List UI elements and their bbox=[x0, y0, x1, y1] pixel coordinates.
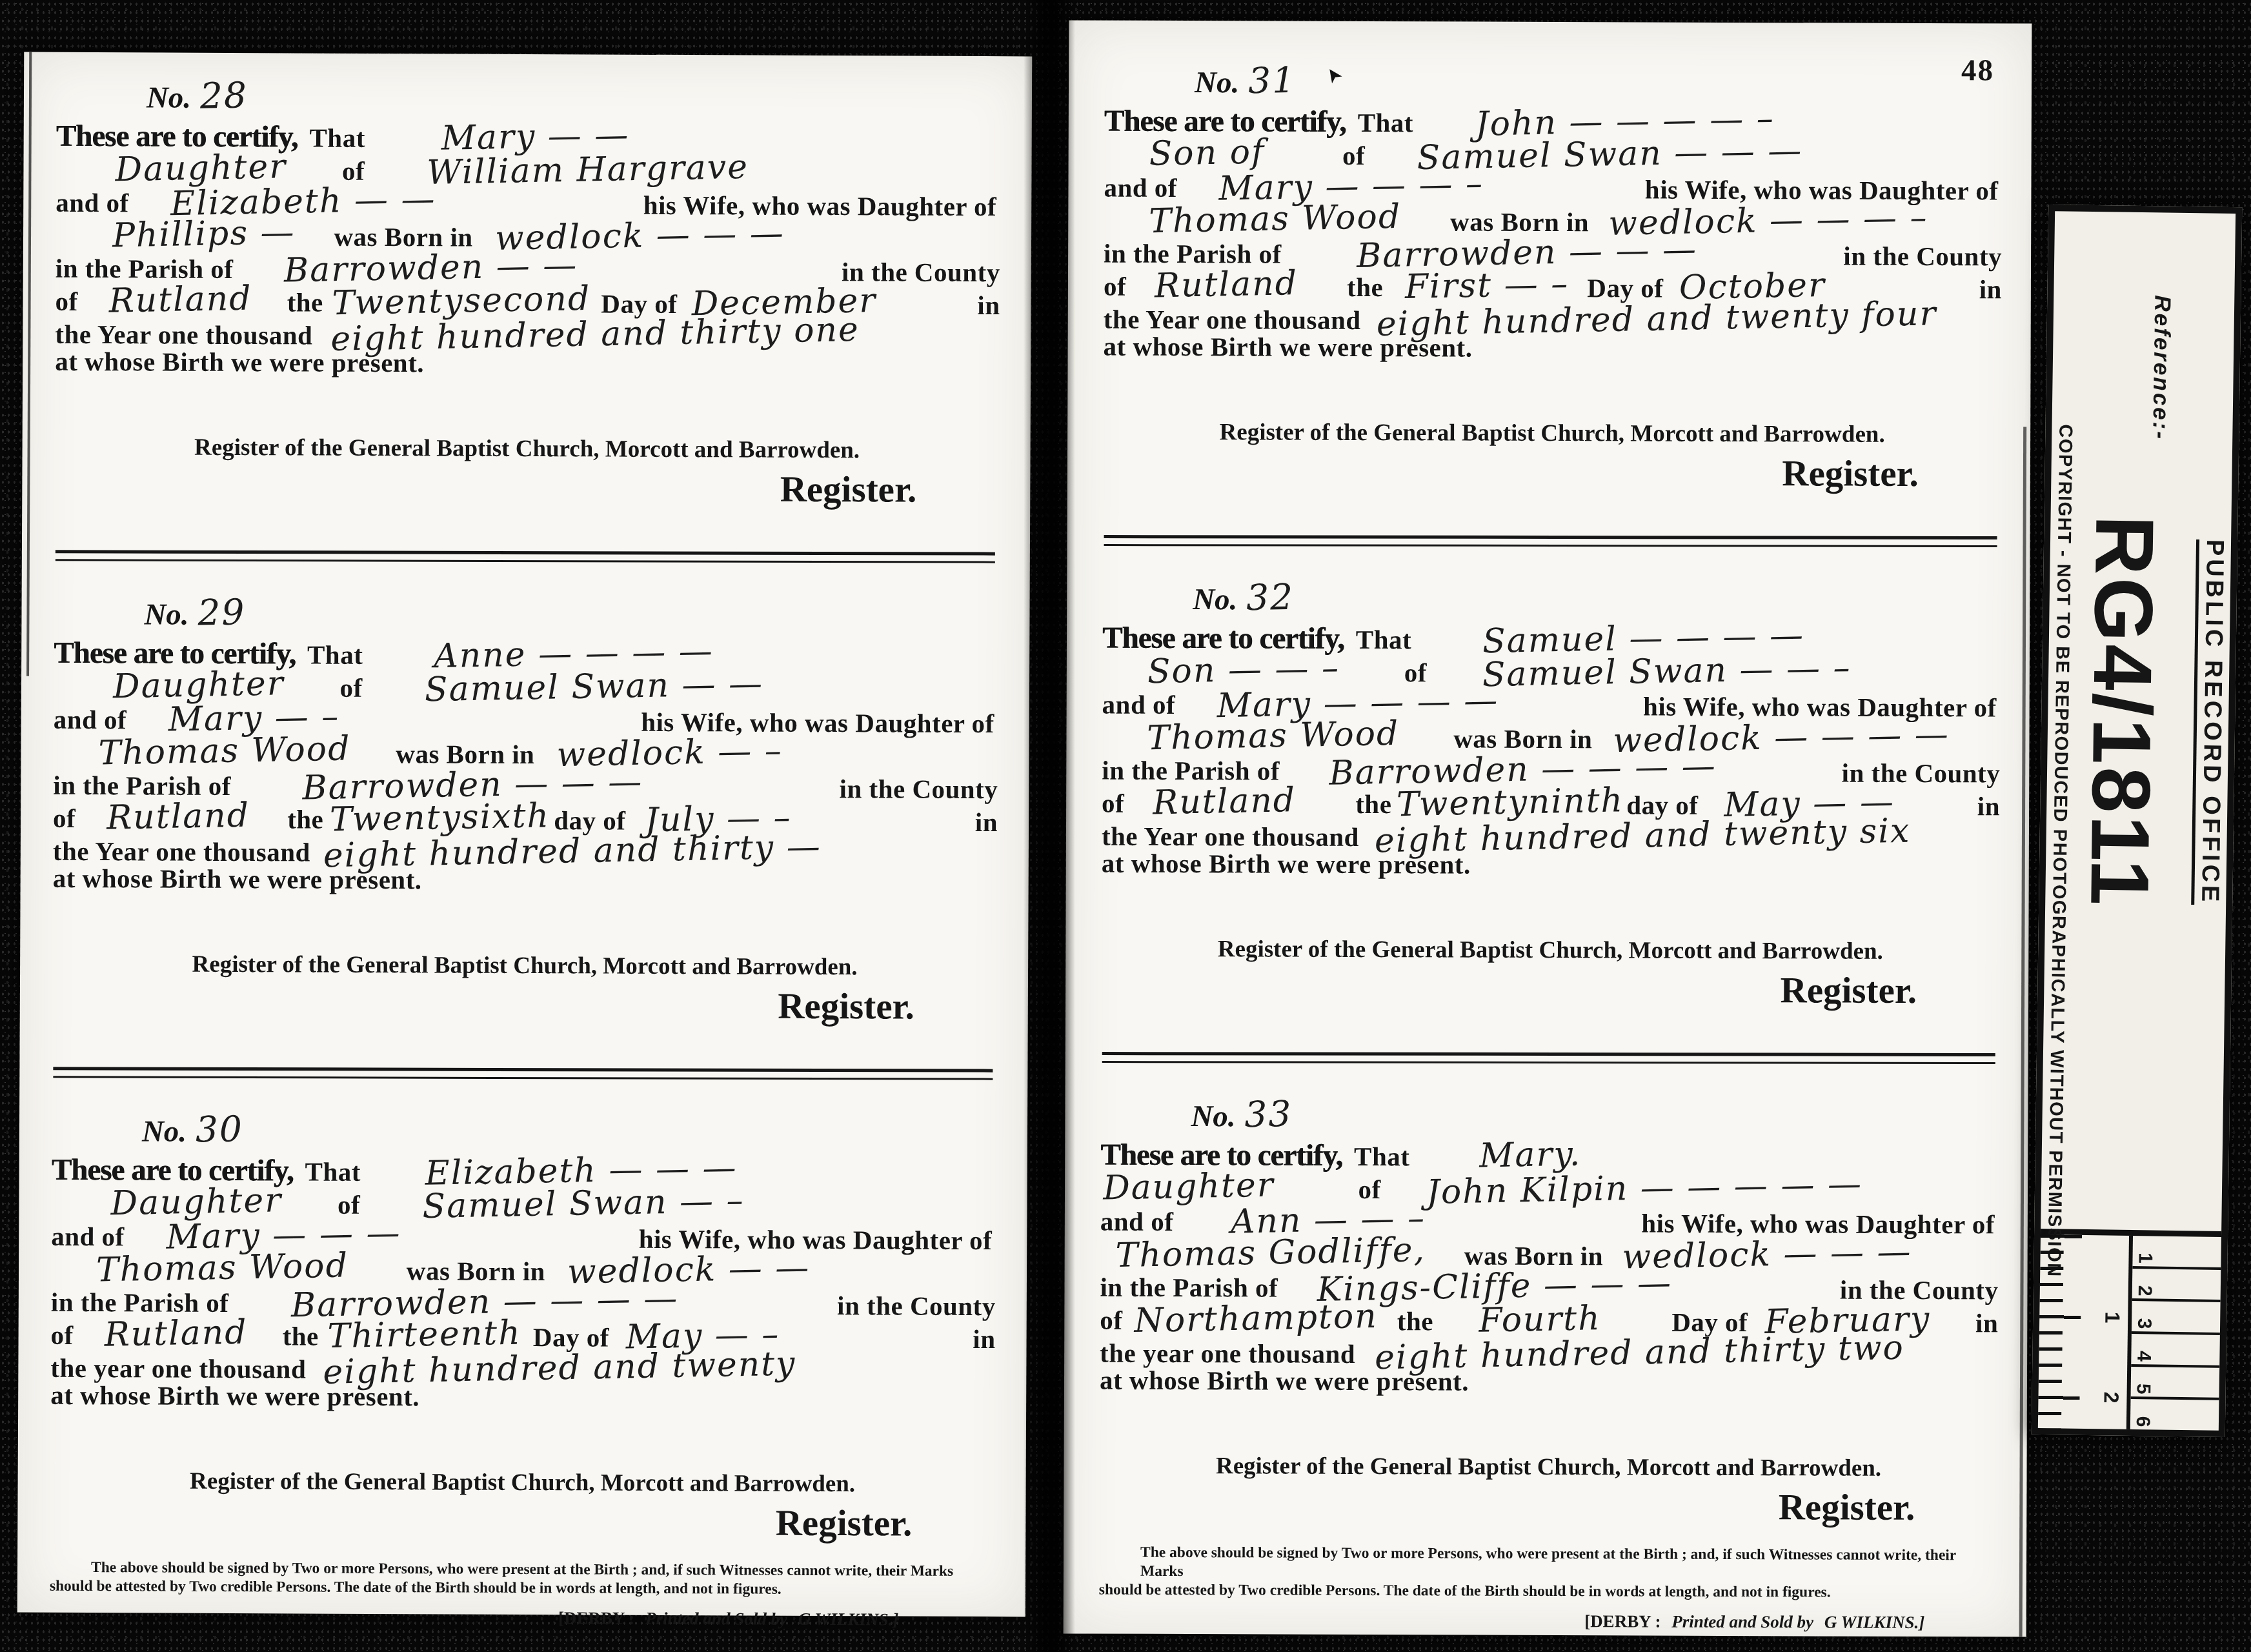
certificate-number-line: No. 31 bbox=[1195, 59, 2003, 103]
ruler-inch-label: 2 bbox=[2099, 1391, 2123, 1403]
in-county-label: in the County bbox=[839, 773, 998, 805]
ruler-inch-row: 1 2 bbox=[2038, 1234, 2129, 1429]
in-label: in bbox=[975, 807, 998, 838]
in-label: in bbox=[1975, 1307, 1998, 1338]
certificate-number: 30 bbox=[196, 1108, 244, 1150]
ruler-cm-cell: 6 bbox=[2130, 1399, 2219, 1431]
no-label: No. bbox=[1193, 582, 1237, 617]
certify-line: These are to certify, That Mary — — bbox=[56, 116, 1001, 152]
maiden-name: Thomas Wood bbox=[98, 729, 351, 772]
in-label: in bbox=[973, 1324, 995, 1355]
certificate-32: No. 32 These are to certify, That Samuel… bbox=[1101, 576, 2001, 1065]
register-word: Register. bbox=[1101, 967, 1999, 1013]
that-label: That bbox=[1354, 1141, 1409, 1172]
maiden-name: Thomas Wood bbox=[1149, 197, 1402, 241]
that-label: That bbox=[1358, 107, 1413, 138]
certificate-number-line: No. 32 bbox=[1193, 576, 2001, 620]
father-name: Samuel Swan — — – bbox=[1482, 649, 1852, 694]
ruler-ticks-major bbox=[2038, 1234, 2082, 1429]
and-of-label: and of bbox=[51, 1221, 125, 1252]
certify-line: These are to certify, That John — — — — … bbox=[1104, 101, 2003, 137]
county-name: Rutland bbox=[1153, 781, 1297, 822]
no-label: No. bbox=[1195, 65, 1239, 100]
register-page-left: No. 28 These are to certify, That Mary —… bbox=[17, 52, 1033, 1617]
day-words: First — – bbox=[1405, 265, 1570, 307]
the-label: the bbox=[287, 287, 323, 317]
in-label: in bbox=[1977, 791, 2000, 821]
ruler-cm-cell: 2 bbox=[2132, 1269, 2221, 1303]
relationship-line: Daughter of William Hargrave bbox=[56, 148, 1000, 185]
maiden-line: Thomas Godliffe, was Born in wedlock — —… bbox=[1100, 1233, 1999, 1269]
maiden-name: Thomas Wood bbox=[1147, 714, 1400, 758]
that-label: That bbox=[305, 1156, 361, 1187]
of-county-label: of bbox=[1102, 788, 1124, 819]
certify-line: These are to certify, That Samuel — — — … bbox=[1102, 618, 2001, 654]
ruler-cm-cell: 5 bbox=[2130, 1367, 2219, 1401]
county-name: Rutland bbox=[108, 279, 252, 321]
certificate-divider bbox=[1104, 535, 1997, 547]
the-label: the bbox=[287, 803, 323, 834]
church-attribution: Register of the General Baptist Church, … bbox=[50, 1467, 995, 1502]
imprint-italic: Printed and Sold by bbox=[1671, 1612, 1813, 1632]
the-label: the bbox=[1347, 272, 1383, 303]
of-label: of bbox=[339, 672, 362, 703]
of-county-label: of bbox=[55, 286, 77, 317]
the-label: the bbox=[283, 1320, 319, 1351]
certify-line: These are to certify, That Elizabeth — —… bbox=[52, 1149, 996, 1186]
register-word: Register. bbox=[54, 465, 999, 512]
witness-footnote: The above should be signed by Two or mor… bbox=[1099, 1544, 1997, 1603]
certificate-number: 32 bbox=[1246, 576, 1295, 618]
that-label: That bbox=[307, 640, 363, 670]
father-name: Samuel Swan — – bbox=[422, 1182, 745, 1226]
certificate-33: No. 33 These are to certify, That Mary. … bbox=[1099, 1093, 1999, 1633]
day-of-label: Day of bbox=[1587, 272, 1663, 303]
certificate-number: 31 bbox=[1248, 59, 1297, 101]
relationship-line: Daughter of Samuel Swan — — bbox=[54, 665, 998, 702]
relationship-line: Son of of Samuel Swan — — — bbox=[1104, 134, 2003, 170]
parish-of-label: in the Parish of bbox=[1100, 1272, 1278, 1304]
certificate-28: No. 28 These are to certify, That Mary —… bbox=[54, 74, 1001, 564]
of-county-label: of bbox=[53, 803, 76, 834]
register-word: Register. bbox=[1103, 450, 2001, 496]
of-county-label: of bbox=[1100, 1305, 1122, 1336]
imprint-name: G WILKINS.] bbox=[798, 1609, 899, 1629]
church-attribution: Register of the General Baptist Church, … bbox=[1099, 1452, 1997, 1486]
printer-imprint: [DERBY : Printed and Sold by G WILKINS.] bbox=[1099, 1610, 1997, 1633]
father-name: William Hargrave bbox=[427, 148, 749, 192]
that-label: That bbox=[1356, 624, 1411, 655]
certificate-number: 33 bbox=[1244, 1093, 1293, 1135]
that-label: That bbox=[309, 123, 365, 154]
footnote-line-1: The above should be signed by Two or mor… bbox=[1099, 1544, 1997, 1584]
of-county-label: of bbox=[1104, 271, 1126, 302]
county-name: Rutland bbox=[106, 796, 250, 838]
maiden-name: Thomas Godliffe, bbox=[1115, 1231, 1426, 1275]
church-attribution: Register of the General Baptist Church, … bbox=[54, 433, 999, 468]
in-county-label: in the County bbox=[837, 1290, 996, 1322]
certificate-number-line: No. 29 bbox=[144, 591, 998, 636]
imprint-prefix: [DERBY : bbox=[1584, 1611, 1660, 1631]
register-word: Register. bbox=[52, 982, 997, 1029]
label-text-area: PUBLIC RECORD OFFICE Reference:- RG4/181… bbox=[2041, 211, 2236, 1231]
folio-number: 48 bbox=[1961, 53, 1994, 88]
the-label: the bbox=[1397, 1305, 1433, 1336]
certify-line: These are to certify, That Anne — — — — bbox=[54, 632, 998, 669]
and-of-label: and of bbox=[1104, 172, 1177, 203]
of-county-label: of bbox=[51, 1320, 74, 1351]
county-name: Rutland bbox=[104, 1313, 248, 1355]
ruler-cm-row: 1 2 3 4 5 6 bbox=[2126, 1236, 2221, 1431]
ruler-cm-cell: 3 bbox=[2132, 1301, 2221, 1335]
office-title: PUBLIC RECORD OFFICE bbox=[2191, 539, 2228, 905]
in-label: in bbox=[977, 290, 1000, 321]
and-of-label: and of bbox=[54, 704, 127, 735]
book-gutter-shadow bbox=[1024, 0, 1075, 1652]
certificate-number-line: No. 28 bbox=[146, 74, 1001, 119]
county-name: Northampton bbox=[1134, 1297, 1378, 1340]
relationship-line: Daughter of John Kilpin — — — — — bbox=[1100, 1167, 1999, 1204]
certificate-divider bbox=[56, 550, 995, 563]
register-page-right: 48 ➤ No. 31 These are to certify, That J… bbox=[1064, 20, 2032, 1637]
ruler-cm-cell: 1 bbox=[2132, 1236, 2221, 1270]
public-record-office-label: PUBLIC RECORD OFFICE Reference:- RG4/181… bbox=[2032, 205, 2243, 1437]
maiden-line: Thomas Wood was Born in wedlock — — — — bbox=[1102, 716, 2000, 752]
church-attribution: Register of the General Baptist Church, … bbox=[52, 950, 997, 985]
certificate-number: 28 bbox=[200, 74, 248, 116]
relationship-line: Son — — – of Samuel Swan — — – bbox=[1102, 650, 2001, 687]
no-label: No. bbox=[144, 597, 188, 632]
and-of-label: and of bbox=[1102, 689, 1176, 720]
reference-number: RG4/1811 bbox=[2072, 515, 2172, 909]
relationship: Daughter bbox=[1103, 1166, 1275, 1208]
certificate-divider bbox=[1102, 1052, 1995, 1064]
church-attribution: Register of the General Baptist Church, … bbox=[1101, 935, 1999, 969]
certify-line: These are to certify, That Mary. bbox=[1100, 1134, 1999, 1171]
footnote-line-2: should be attested by Two credible Perso… bbox=[1099, 1581, 1997, 1603]
father-name: Samuel Swan — — bbox=[424, 665, 763, 710]
no-label: No. bbox=[146, 80, 191, 115]
certificate-29: No. 29 These are to certify, That Anne —… bbox=[52, 591, 998, 1081]
certificate-number: 29 bbox=[197, 591, 246, 633]
ruler-cm-cell: 4 bbox=[2131, 1334, 2220, 1368]
child-name: Mary. bbox=[1479, 1134, 1582, 1175]
no-label: No. bbox=[142, 1114, 187, 1149]
church-attribution: Register of the General Baptist Church, … bbox=[1103, 418, 2001, 452]
maiden-name: Thomas Wood bbox=[96, 1246, 349, 1289]
county-name: Rutland bbox=[1155, 264, 1298, 305]
maiden-name: Phillips — bbox=[112, 213, 296, 255]
certificate-divider bbox=[53, 1067, 993, 1080]
no-label: No. bbox=[1191, 1099, 1235, 1134]
ruler-inch-label: 1 bbox=[2100, 1311, 2124, 1323]
scanned-register-photo: { "page": { "number": "48", "arrow": "\u… bbox=[0, 0, 2251, 1652]
printer-imprint: [DERBY : Printed and Sold by G WILKINS.] bbox=[50, 1606, 994, 1630]
relationship: Son of bbox=[1149, 132, 1266, 173]
certificate-30: No. 30 These are to certify, That Elizab… bbox=[50, 1108, 996, 1630]
and-of-label: and of bbox=[56, 187, 129, 218]
copyright-notice: COPYRIGHT - NOT TO BE REPRODUCED PHOTOGR… bbox=[2043, 424, 2075, 1278]
register-word: Register. bbox=[50, 1499, 994, 1546]
imprint-prefix: [DERBY : bbox=[558, 1608, 634, 1628]
maiden-line: Thomas Wood was Born in wedlock — — — – bbox=[1104, 199, 2002, 236]
certificate-31: No. 31 These are to certify, That John —… bbox=[1103, 59, 2003, 549]
in-county-label: in the County bbox=[1843, 241, 2002, 272]
witness-footnote: The above should be signed by Two or mor… bbox=[50, 1558, 994, 1600]
the-label: the bbox=[1355, 789, 1391, 820]
in-label: in bbox=[1979, 274, 2002, 305]
reference-caption: Reference:- bbox=[2147, 295, 2175, 441]
certificate-number-line: No. 33 bbox=[1191, 1093, 1999, 1137]
relationship-line: Daughter of Samuel Swan — – bbox=[51, 1182, 996, 1219]
imprint-name: G WILKINS.] bbox=[1824, 1613, 1925, 1633]
certificate-number-line: No. 30 bbox=[142, 1108, 996, 1153]
scale-ruler: 1 2 3 4 5 6 1 2 bbox=[2038, 1229, 2221, 1431]
imprint-italic: Printed and Sold by bbox=[645, 1609, 787, 1629]
register-word: Register. bbox=[1099, 1484, 1997, 1530]
and-of-label: and of bbox=[1100, 1206, 1174, 1237]
